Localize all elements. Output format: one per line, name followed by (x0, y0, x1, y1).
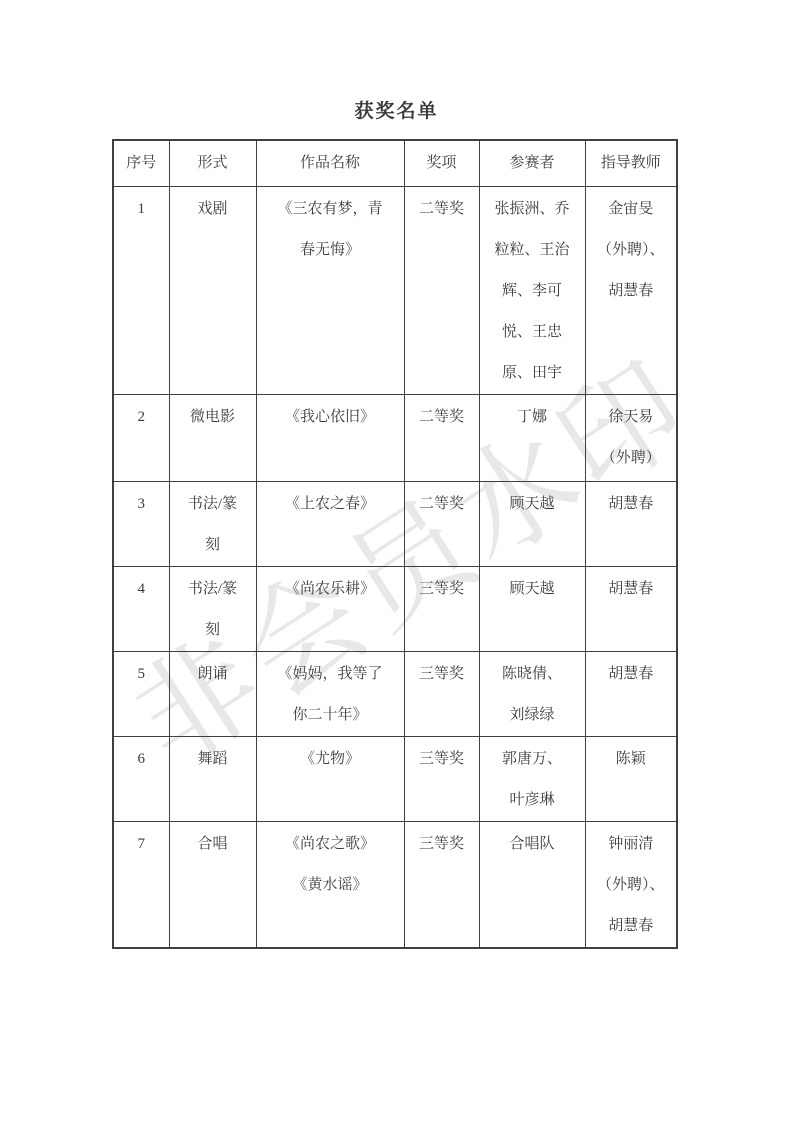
header-form: 形式 (169, 140, 256, 186)
cell-form: 戏剧 (169, 186, 256, 394)
cell-award: 二等奖 (404, 481, 479, 566)
cell-teacher: 钟丽清 （外聘）、 胡慧春 (585, 821, 677, 948)
cell-teacher: 陈颖 (585, 736, 677, 821)
cell-teacher: 徐天易 （外聘） (585, 394, 677, 481)
cell-award: 二等奖 (404, 394, 479, 481)
table-row: 5 朗诵 《妈妈，我等了 你二十年》 三等奖 陈晓倩、 刘绿绿 胡慧春 (113, 651, 677, 736)
header-teacher: 指导教师 (585, 140, 677, 186)
table-header-row: 序号 形式 作品名称 奖项 参赛者 指导教师 (113, 140, 677, 186)
table-row: 1 戏剧 《三农有梦，青 春无悔》 二等奖 张振洲、乔 粒粒、王治 辉、李可 悦… (113, 186, 677, 394)
cell-form: 书法/篆 刻 (169, 481, 256, 566)
header-award: 奖项 (404, 140, 479, 186)
cell-work: 《妈妈，我等了 你二十年》 (256, 651, 404, 736)
cell-award: 三等奖 (404, 821, 479, 948)
document-page: 非会员水印 获奖名单 序号 形式 作品名称 奖项 参赛者 指导教师 1 戏剧 (0, 0, 793, 1122)
cell-teacher: 金宙旻 （外聘）、 胡慧春 (585, 186, 677, 394)
cell-no: 2 (113, 394, 169, 481)
cell-award: 三等奖 (404, 651, 479, 736)
cell-work: 《尚农之歌》 《黄水谣》 (256, 821, 404, 948)
cell-participants: 张振洲、乔 粒粒、王治 辉、李可 悦、王忠 原、田宇 (479, 186, 585, 394)
cell-form: 微电影 (169, 394, 256, 481)
cell-teacher: 胡慧春 (585, 481, 677, 566)
cell-work: 《上农之春》 (256, 481, 404, 566)
table-row: 3 书法/篆 刻 《上农之春》 二等奖 顾天越 胡慧春 (113, 481, 677, 566)
cell-form: 舞蹈 (169, 736, 256, 821)
cell-no: 5 (113, 651, 169, 736)
cell-form: 朗诵 (169, 651, 256, 736)
cell-no: 3 (113, 481, 169, 566)
cell-award: 二等奖 (404, 186, 479, 394)
cell-teacher: 胡慧春 (585, 566, 677, 651)
table-row: 6 舞蹈 《尤物》 三等奖 郭唐万、 叶彦琳 陈颖 (113, 736, 677, 821)
cell-no: 4 (113, 566, 169, 651)
cell-work: 《我心依旧》 (256, 394, 404, 481)
cell-work: 《尤物》 (256, 736, 404, 821)
cell-work: 《三农有梦，青 春无悔》 (256, 186, 404, 394)
table-row: 4 书法/篆 刻 《尚农乐耕》 三等奖 顾天越 胡慧春 (113, 566, 677, 651)
cell-participants: 顾天越 (479, 566, 585, 651)
table-row: 7 合唱 《尚农之歌》 《黄水谣》 三等奖 合唱队 钟丽清 （外聘）、 胡慧春 (113, 821, 677, 948)
cell-work: 《尚农乐耕》 (256, 566, 404, 651)
cell-participants: 郭唐万、 叶彦琳 (479, 736, 585, 821)
header-no: 序号 (113, 140, 169, 186)
cell-award: 三等奖 (404, 736, 479, 821)
cell-award: 三等奖 (404, 566, 479, 651)
cell-form: 书法/篆 刻 (169, 566, 256, 651)
award-list-table: 序号 形式 作品名称 奖项 参赛者 指导教师 1 戏剧 《三农有梦，青 春无悔》… (112, 139, 678, 949)
cell-no: 6 (113, 736, 169, 821)
cell-participants: 丁娜 (479, 394, 585, 481)
header-participants: 参赛者 (479, 140, 585, 186)
page-title: 获奖名单 (0, 96, 793, 123)
cell-form: 合唱 (169, 821, 256, 948)
cell-no: 7 (113, 821, 169, 948)
cell-no: 1 (113, 186, 169, 394)
table-row: 2 微电影 《我心依旧》 二等奖 丁娜 徐天易 （外聘） (113, 394, 677, 481)
cell-participants: 合唱队 (479, 821, 585, 948)
cell-participants: 陈晓倩、 刘绿绿 (479, 651, 585, 736)
cell-teacher: 胡慧春 (585, 651, 677, 736)
cell-participants: 顾天越 (479, 481, 585, 566)
header-work: 作品名称 (256, 140, 404, 186)
